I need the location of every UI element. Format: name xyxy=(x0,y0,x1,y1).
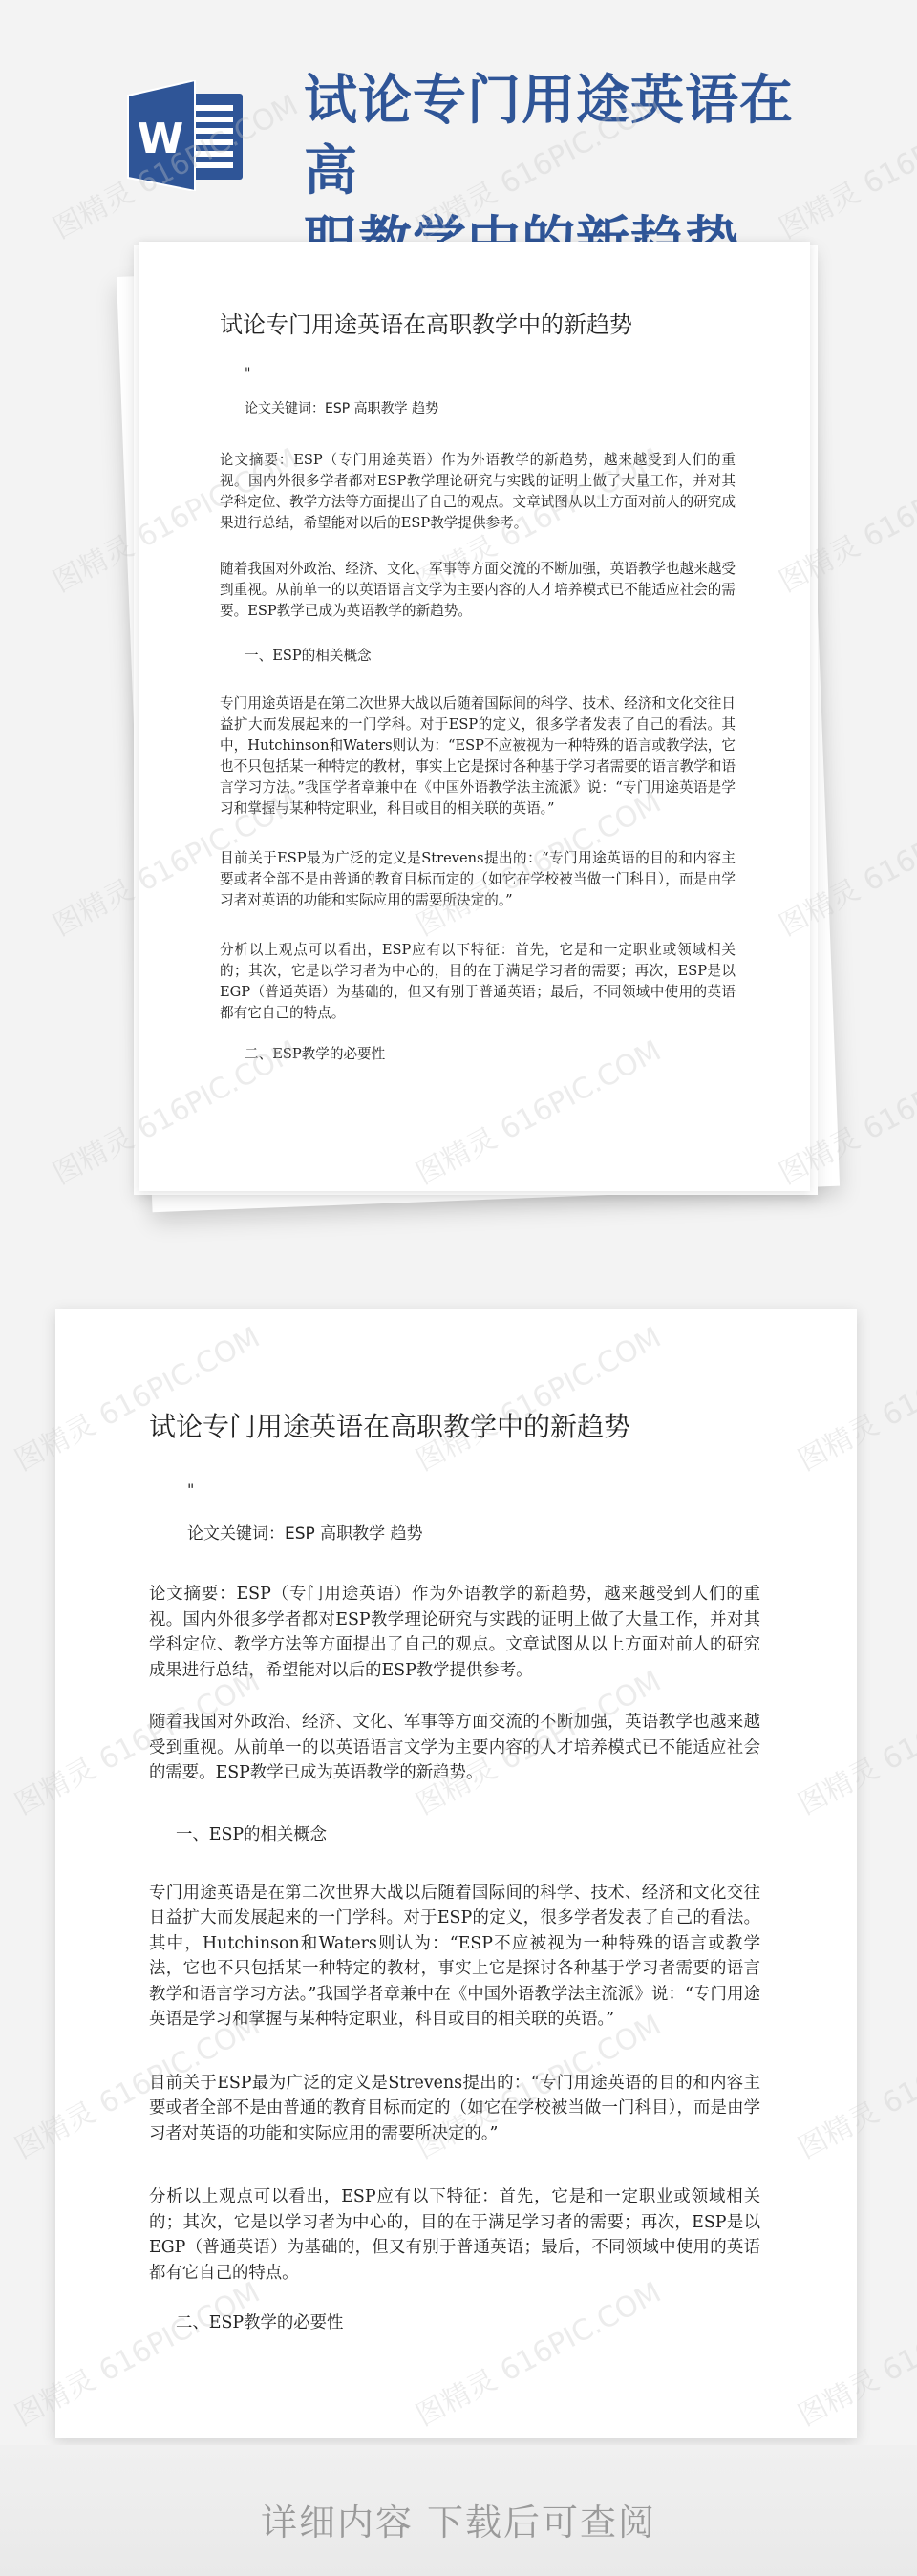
word-document-icon: W xyxy=(126,80,246,191)
svg-text:W: W xyxy=(138,115,184,163)
section1-paragraph-2: 目前关于ESP最为广泛的定义是Strevens提出的：“专门用途英语的目的和内容… xyxy=(220,848,736,911)
header: W 试论专门用途英语在高 职教学中的新趋势 xyxy=(0,0,917,220)
document-title: 试论专门用途英语在高职教学中的新趋势 xyxy=(220,306,736,339)
keywords: 论文关键词：ESP 高职教学 趋势 xyxy=(245,398,736,417)
section-heading-2: 二、ESP教学的必要性 xyxy=(245,1043,736,1063)
abstract: 论文摘要：ESP（专门用途英语）作为外语教学的新趋势，越来越受到人们的重视。国内… xyxy=(220,450,736,534)
document-preview-1: 试论专门用途英语在高职教学中的新趋势 " 论文关键词：ESP 高职教学 趋势 论… xyxy=(220,306,736,1092)
section1-paragraph-1: 专门用途英语是在第二次世界大战以后随着国际间的科学、技术、经济和文化交往日益扩大… xyxy=(149,1881,760,2033)
intro-paragraph: 随着我国对外政治、经济、文化、军事等方面交流的不断加强，英语教学也越来越受到重视… xyxy=(149,1710,760,1786)
section-heading-2: 二、ESP教学的必要性 xyxy=(176,2309,760,2332)
section1-paragraph-1: 专门用途英语是在第二次世界大战以后随着国际间的科学、技术、经济和文化交往日益扩大… xyxy=(220,693,736,820)
document-title: 试论专门用途英语在高职教学中的新趋势 xyxy=(149,1406,760,1444)
abstract: 论文摘要：ESP（专门用途英语）作为外语教学的新趋势，越来越受到人们的重视。国内… xyxy=(149,1582,760,1683)
section-heading-1: 一、ESP的相关概念 xyxy=(176,1820,760,1844)
section1-paragraph-3: 分析以上观点可以看出，ESP应有以下特征：首先，它是和一定职业或领域相关的；其次… xyxy=(149,2184,760,2286)
intro-paragraph: 随着我国对外政治、经济、文化、军事等方面交流的不断加强，英语教学也越来越受到重视… xyxy=(220,559,736,622)
title-line-1: 试论专门用途英语在高 xyxy=(304,65,839,206)
download-hint: 详细内容 下载后可查阅 xyxy=(0,2493,917,2545)
quote-mark: " xyxy=(187,1480,760,1499)
section-heading-1: 一、ESP的相关概念 xyxy=(245,645,736,665)
keywords: 论文关键词：ESP 高职教学 趋势 xyxy=(187,1520,760,1543)
section1-paragraph-2: 目前关于ESP最为广泛的定义是Strevens提出的：“专门用途英语的目的和内容… xyxy=(149,2071,760,2147)
document-preview-2: 试论专门用途英语在高职教学中的新趋势 " 论文关键词：ESP 高职教学 趋势 论… xyxy=(149,1406,760,2369)
section1-paragraph-3: 分析以上观点可以看出，ESP应有以下特征：首先，它是和一定职业或领域相关的；其次… xyxy=(220,940,736,1024)
quote-mark: " xyxy=(245,366,736,381)
